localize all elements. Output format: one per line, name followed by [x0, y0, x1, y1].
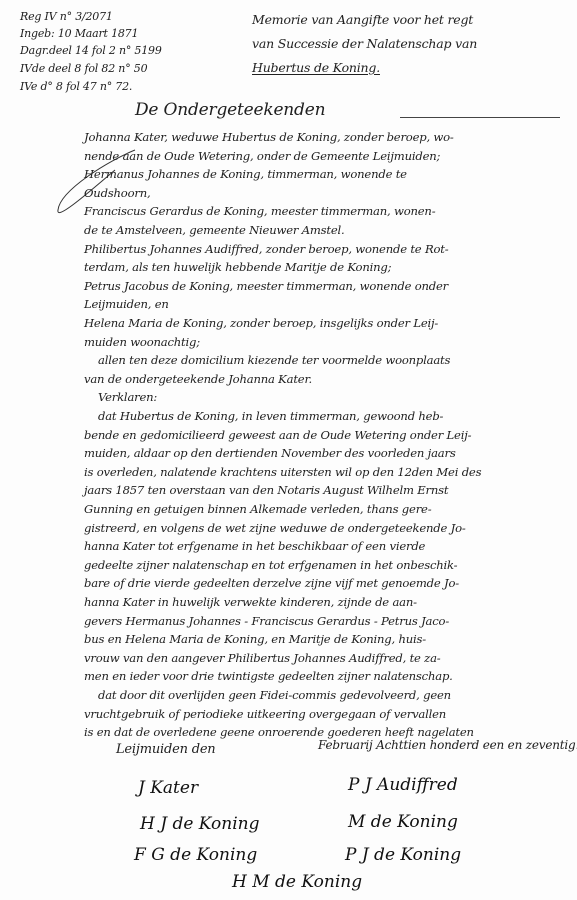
document-line: Johanna Kater, weduwe Hubertus de Koning… — [84, 130, 454, 144]
registration-line: Dagr.deel 14 fol 2 n° 5199 — [20, 44, 162, 57]
registration-line: Ingeb: 10 Maart 1871 — [20, 27, 138, 40]
document-line: terdam, als ten huwelijk hebbende Maritj… — [84, 260, 391, 274]
signature: M de Koning — [348, 812, 458, 832]
document-line: Philibertus Johannes Audiffred, zonder b… — [84, 242, 448, 256]
document-line: muiden woonachtig; — [84, 335, 200, 349]
registration-line: IVde deel 8 fol 82 n° 50 — [20, 62, 147, 75]
signature: P J Audiffred — [348, 775, 458, 795]
signature: H M de Koning — [232, 872, 362, 892]
line-filler — [400, 117, 560, 118]
document-line: hanna Kater tot erfgename in het beschik… — [84, 539, 425, 553]
document-line: vruchtgebruik of periodieke uitkeering o… — [84, 707, 446, 721]
document-line: vrouw van den aangever Philibertus Johan… — [84, 651, 441, 665]
document-line: de te Amstelveen, gemeente Nieuwer Amste… — [84, 223, 345, 237]
document-line: bende en gedomicilieerd geweest aan de O… — [84, 428, 471, 442]
document-line: gevers Hermanus Johannes - Franciscus Ge… — [84, 614, 449, 628]
document-line: dat door dit overlijden geen Fidei-commi… — [98, 688, 451, 702]
signature: P J de Koning — [345, 845, 461, 865]
document-line: men en ieder voor drie twintigste gedeel… — [84, 669, 453, 683]
document-line: hanna Kater in huwelijk verwekte kindere… — [84, 595, 417, 609]
opening-heading: De Ondergeteekenden — [135, 100, 325, 120]
closing-date: Februarij Achttien honderd een en zevent… — [318, 738, 577, 752]
document-line: Gunning en getuigen binnen Alkemade verl… — [84, 502, 431, 516]
document-line: bus en Helena Maria de Koning, en Maritj… — [84, 632, 426, 646]
document-line: allen ten deze domicilium kiezende ter v… — [98, 353, 450, 367]
document-line: dat Hubertus de Koning, in leven timmerm… — [98, 409, 443, 423]
memorie-title-deceased: Hubertus de Koning. — [252, 60, 380, 75]
document-line: muiden, aldaar op den dertienden Novembe… — [84, 446, 456, 460]
document-line: Hermanus Johannes de Koning, timmerman, … — [84, 167, 407, 181]
signature: H J de Koning — [140, 814, 260, 834]
document-line: Verklaren: — [98, 390, 157, 404]
document-line: Leijmuiden, en — [84, 297, 169, 311]
document-line: Helena Maria de Koning, zonder beroep, i… — [84, 316, 438, 330]
document-line: van de ondergeteekende Johanna Kater. — [84, 372, 312, 386]
signature: J Kater — [138, 778, 198, 798]
document-line: bare of drie vierde gedeelten derzelve z… — [84, 576, 459, 590]
document-line: Franciscus Gerardus de Koning, meester t… — [84, 204, 435, 218]
document-line: Oudshoorn, — [84, 186, 150, 200]
memorie-title-line: van Successie der Nalatenschap van — [252, 36, 477, 51]
document-line: gedeelte zijner nalatenschap en tot erfg… — [84, 558, 457, 572]
document-line: jaars 1857 ten overstaan van den Notaris… — [84, 483, 448, 497]
memorie-title-line: Memorie van Aangifte voor het regt — [252, 12, 473, 27]
signature: F G de Koning — [134, 845, 257, 865]
document-page: Reg IV n° 3/2071 Ingeb: 10 Maart 1871 Da… — [0, 0, 577, 900]
document-line: Petrus Jacobus de Koning, meester timmer… — [84, 279, 448, 293]
registration-line: Reg IV n° 3/2071 — [20, 10, 113, 23]
document-line: gistreerd, en volgens de wet zijne weduw… — [84, 521, 466, 535]
closing-place: Leijmuiden den — [116, 742, 215, 757]
document-line: nende aan de Oude Wetering, onder de Gem… — [84, 149, 440, 163]
registration-line: IVe d° 8 fol 47 n° 72. — [20, 80, 132, 93]
document-line: is overleden, nalatende krachtens uiters… — [84, 465, 481, 479]
